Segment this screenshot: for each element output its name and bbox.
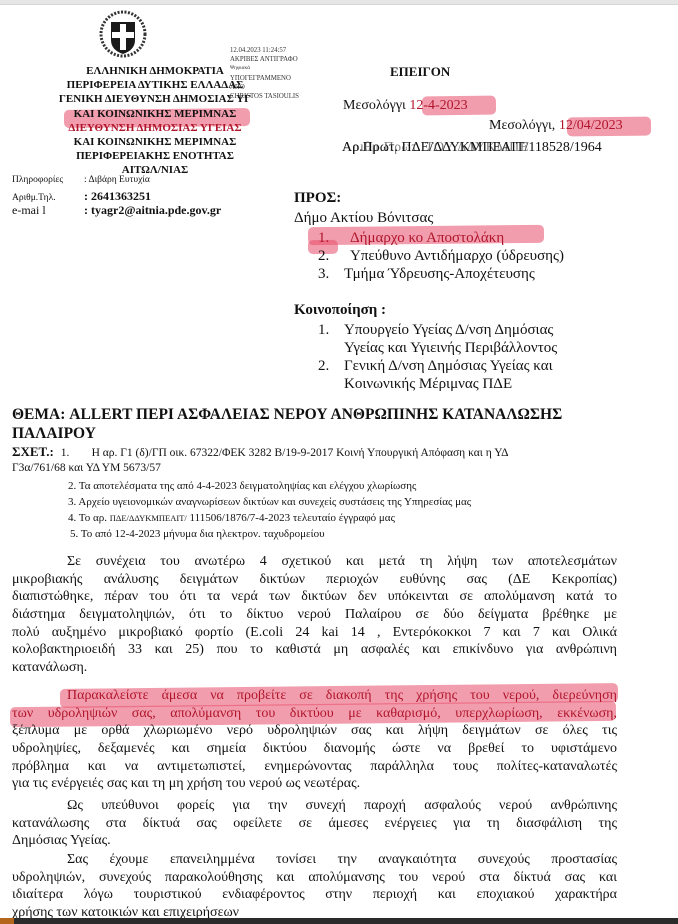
notification-text: Υγείας και Υγιεινής Περιβάλλοντος [318,340,557,358]
subject-heading: ΘΕΜΑ: ALLERT ΠΕΡΙ ΑΣΦΑΛΕΙΑΣ ΝΕΡΟΥ ΑΝΘΡΩΠ… [12,405,632,443]
paragraph-line: Σε συνέχεια του ανωτέρω 4 σχετικού και μ… [12,553,617,571]
paragraph-line: διαπιστώθηκε, πέραν του ότι τα νερά των … [12,588,617,606]
related-text: 4. Το αρ. [68,512,110,524]
signature-timestamp: 12.04.2023 11:24:57 [230,46,299,55]
list-number: 1. [57,447,89,459]
list-number: 1. [318,322,344,340]
paragraph-line: Ως υπεύθυνοι φορείς για την συνεχή παροχ… [12,797,617,815]
recipient-text: Τμήμα Ύδρευσης-Αποχέτευσης [344,266,535,282]
digital-signature-stamp: 12.04.2023 11:24:57 ΑΚΡΙΒΕΣ ΑΝΤΙΓΡΑΦΟ Ψη… [230,46,299,101]
signature-line: ΑΚΡΙΒΕΣ ΑΝΤΙΓΡΑΦΟ [230,55,299,64]
related-text: 111506/1876/7-4-2023 τελευταίο έγγραφό μ… [187,512,395,524]
header-line: ΠΕΡΙΦΕΡΕΙΑΚΗΣ ΕΝΟΤΗΤΑΣ [30,149,280,163]
viewer-bottom-bar [0,918,678,924]
paragraph-line: Σας έχουμε επανειλημμένα τονίσει την ανα… [12,851,617,869]
notification-item: 2.Γενική Δ/νση Δημόσιας Υγείας και Κοινω… [318,358,553,393]
body-paragraph-1: Σε συνέχεια του ανωτέρω 4 σχετικού και μ… [12,553,617,677]
header-line: ΔΙΕΥΘΥΝΣΗ ΔΗΜΟΣΙΑΣ ΥΓΕΙΑΣ [30,121,280,135]
notification-title: Κοινοποίηση : [294,302,386,319]
header-line: ΚΑΙ ΚΟΙΝΩΝΙΚΗΣ ΜΕΡΙΜΝΑΣ [30,107,280,121]
viewer-top-edge [0,0,678,5]
bottom-bar-accent [0,918,14,924]
date-place: Μεσολόγγι [343,98,406,113]
info-value: : Διβάρη Ευτυχία [84,175,150,185]
related-item-2: 2. Τα αποτελέσματα της από 4-4-2023 δειγ… [68,480,416,492]
related-item-1-cont: Γ3α/761/68 και ΥΔ ΥΜ 5673/57 [12,462,161,474]
list-number: 1. [318,230,344,247]
paragraph-line: κατανάλωση. [12,659,617,677]
notification-text: Γενική Δ/νση Δημόσιας Υγείας και [344,358,553,374]
paragraph-line: κολοβακτηριοειδή 33 και 25) που το καθισ… [12,641,617,659]
notification-text: Κοινωνικής Μέριμνας ΠΔΕ [318,376,553,394]
header-line: ΚΑΙ ΚΟΙΝΩΝΙΚΗΣ ΜΕΡΙΜΝΑΣ [30,135,280,149]
phone-value: : 2641363251 [84,189,151,203]
paragraph-line: Δημόσιας Υγείας. [12,832,617,850]
list-number: 2. [318,358,344,376]
signature-line: Ψηφιακά [230,64,299,73]
contact-phone-row: Αριθμ.Τηλ.: 2641363251 [12,189,151,204]
phone-label: Αριθμ.Τηλ. [12,193,84,203]
notification-text: Υπουργείο Υγείας Δ/νση Δημόσιας [344,322,553,338]
urgency-label: ΕΠΕΙΓΟΝ [390,64,450,80]
email-label: e-mai l [12,203,84,218]
recipient-item: 1.Δήμαρχο κο Αποστολάκη [318,230,504,247]
related-item-1: ΣΧΕΤ.: 1. Η αρ. Γ1 (δ)/ΓΠ οικ. 67322/ΦΕΚ… [12,444,509,460]
greek-coat-of-arms-icon [99,10,147,58]
paragraph-line: υδροληψιών, συνεχούς παρακολούθησης και … [12,869,617,887]
list-number: 2. [318,248,344,265]
date-line-2: Μεσολόγγι, 12/04/2023 [489,118,623,134]
signature-line: ΥΠΟΓΕΓΡΑΜΜΕΝΟ [230,74,299,83]
recipient-text: Δήμαρχο κο Αποστολάκη [344,230,504,246]
info-label: Πληροφορίες [12,175,84,185]
date-line: Μεσολόγγι 12-4-2023 [343,98,468,114]
recipient-text: Υπεύθυνο Αντιδήμαρχο (ύδρευσης) [344,248,564,264]
paragraph-line: μικροβιακής ανάλυσης δειγμάτων δικτύων π… [12,571,617,589]
protocol-number: Αρ.Πρωτ. ΠΔΕ/ΔΔΥΚΜΠΕΑΙΤ/118528/1964 Αριθ… [342,140,602,156]
email-value: : tyagr2@aitnia.pde.gov.gr [84,203,221,217]
related-item-5: 5. Το από 12-4-2023 μήνυμα δια ηλεκτρον.… [70,528,325,540]
contact-info-row: Πληροφορίες: Διβάρη Ευτυχία [12,175,150,185]
paragraph-line: Παρακαλείστε άμεσα να προβείτε σε διακοπ… [12,687,617,705]
notification-item: 1.Υπουργείο Υγείας Δ/νση Δημόσιας Υγείας… [318,322,557,357]
paragraph-line: ιδιαίτερα λόγω τουριστικού ενδιαφέροντος… [12,886,617,904]
contact-email-row: e-mai l: tyagr2@aitnia.pde.gov.gr [12,203,221,218]
body-paragraph-3: Ως υπεύθυνοι φορείς για την συνεχή παροχ… [12,797,617,850]
date-value: 12/04/2023 [559,118,623,133]
paragraph-line: κατανάλωσης στα δίκτυά σας οφείλετε σε ά… [12,815,617,833]
paragraph-line: πολύ αυξημένο μικροβιακό φορτίο (E.coli … [12,624,617,642]
date-value: 12-4-2023 [409,98,467,113]
paragraph-line: υδροληψίες, δεξαμενές και σημεία δικτύου… [12,740,617,758]
signature-line: CHRISTOS TASIOULIS [230,92,299,101]
recipient-item: 3.Τμήμα Ύδρευσης-Αποχέτευσης [318,266,535,283]
recipient-item: 2.Υπεύθυνο Αντιδήμαρχο (ύδρευσης) [318,248,564,265]
related-text: Η αρ. Γ1 (δ)/ΓΠ οικ. 67322/ΦΕΚ 3282 Β/19… [92,447,509,459]
paragraph-line: των υδροληψιών σας, απολύμανση του δικτύ… [12,705,617,723]
signature-line: ΑΠΟ [230,83,299,92]
related-ref: ΠΔΕ/ΔΔΥΚΜΠΕΑΙΤ/ [110,513,187,523]
recipients-title: ΠΡΟΣ: [294,190,341,207]
date-place: Μεσολόγγι, [489,118,559,133]
related-label: ΣΧΕΤ.: [12,444,54,459]
related-item-3: 3. Αρχείο υγειονομικών αναγνωρίσεων δικτ… [68,496,471,508]
protocol-overlay-text: Αριθμ.Πρωτ. ΤΟΥ ΔΔΥΚΜΠΕ [342,140,529,156]
body-paragraph-2: Παρακαλείστε άμεσα να προβείτε σε διακοπ… [12,687,617,793]
paragraph-line: πρόβλημα και να αντιμετωπιστεί, ενημερών… [12,758,617,776]
paragraph-line: για τις ενέργειές σας και τη μη χρήση το… [12,775,617,793]
list-number: 3. [318,266,344,283]
body-paragraph-4: Σας έχουμε επανειλημμένα τονίσει την ανα… [12,851,617,922]
recipient-organization: Δήμο Ακτίου Βόνιτσας [294,210,433,227]
related-item-4: 4. Το αρ. ΠΔΕ/ΔΔΥΚΜΠΕΑΙΤ/ 111506/1876/7-… [68,512,395,524]
paragraph-line: ξέπλυμα με ορθά χλωριωμένο νερό υδροληψι… [12,722,617,740]
paragraph-line: διάστημα δειγματοληψιών, ότι το δίκτυο ν… [12,606,617,624]
